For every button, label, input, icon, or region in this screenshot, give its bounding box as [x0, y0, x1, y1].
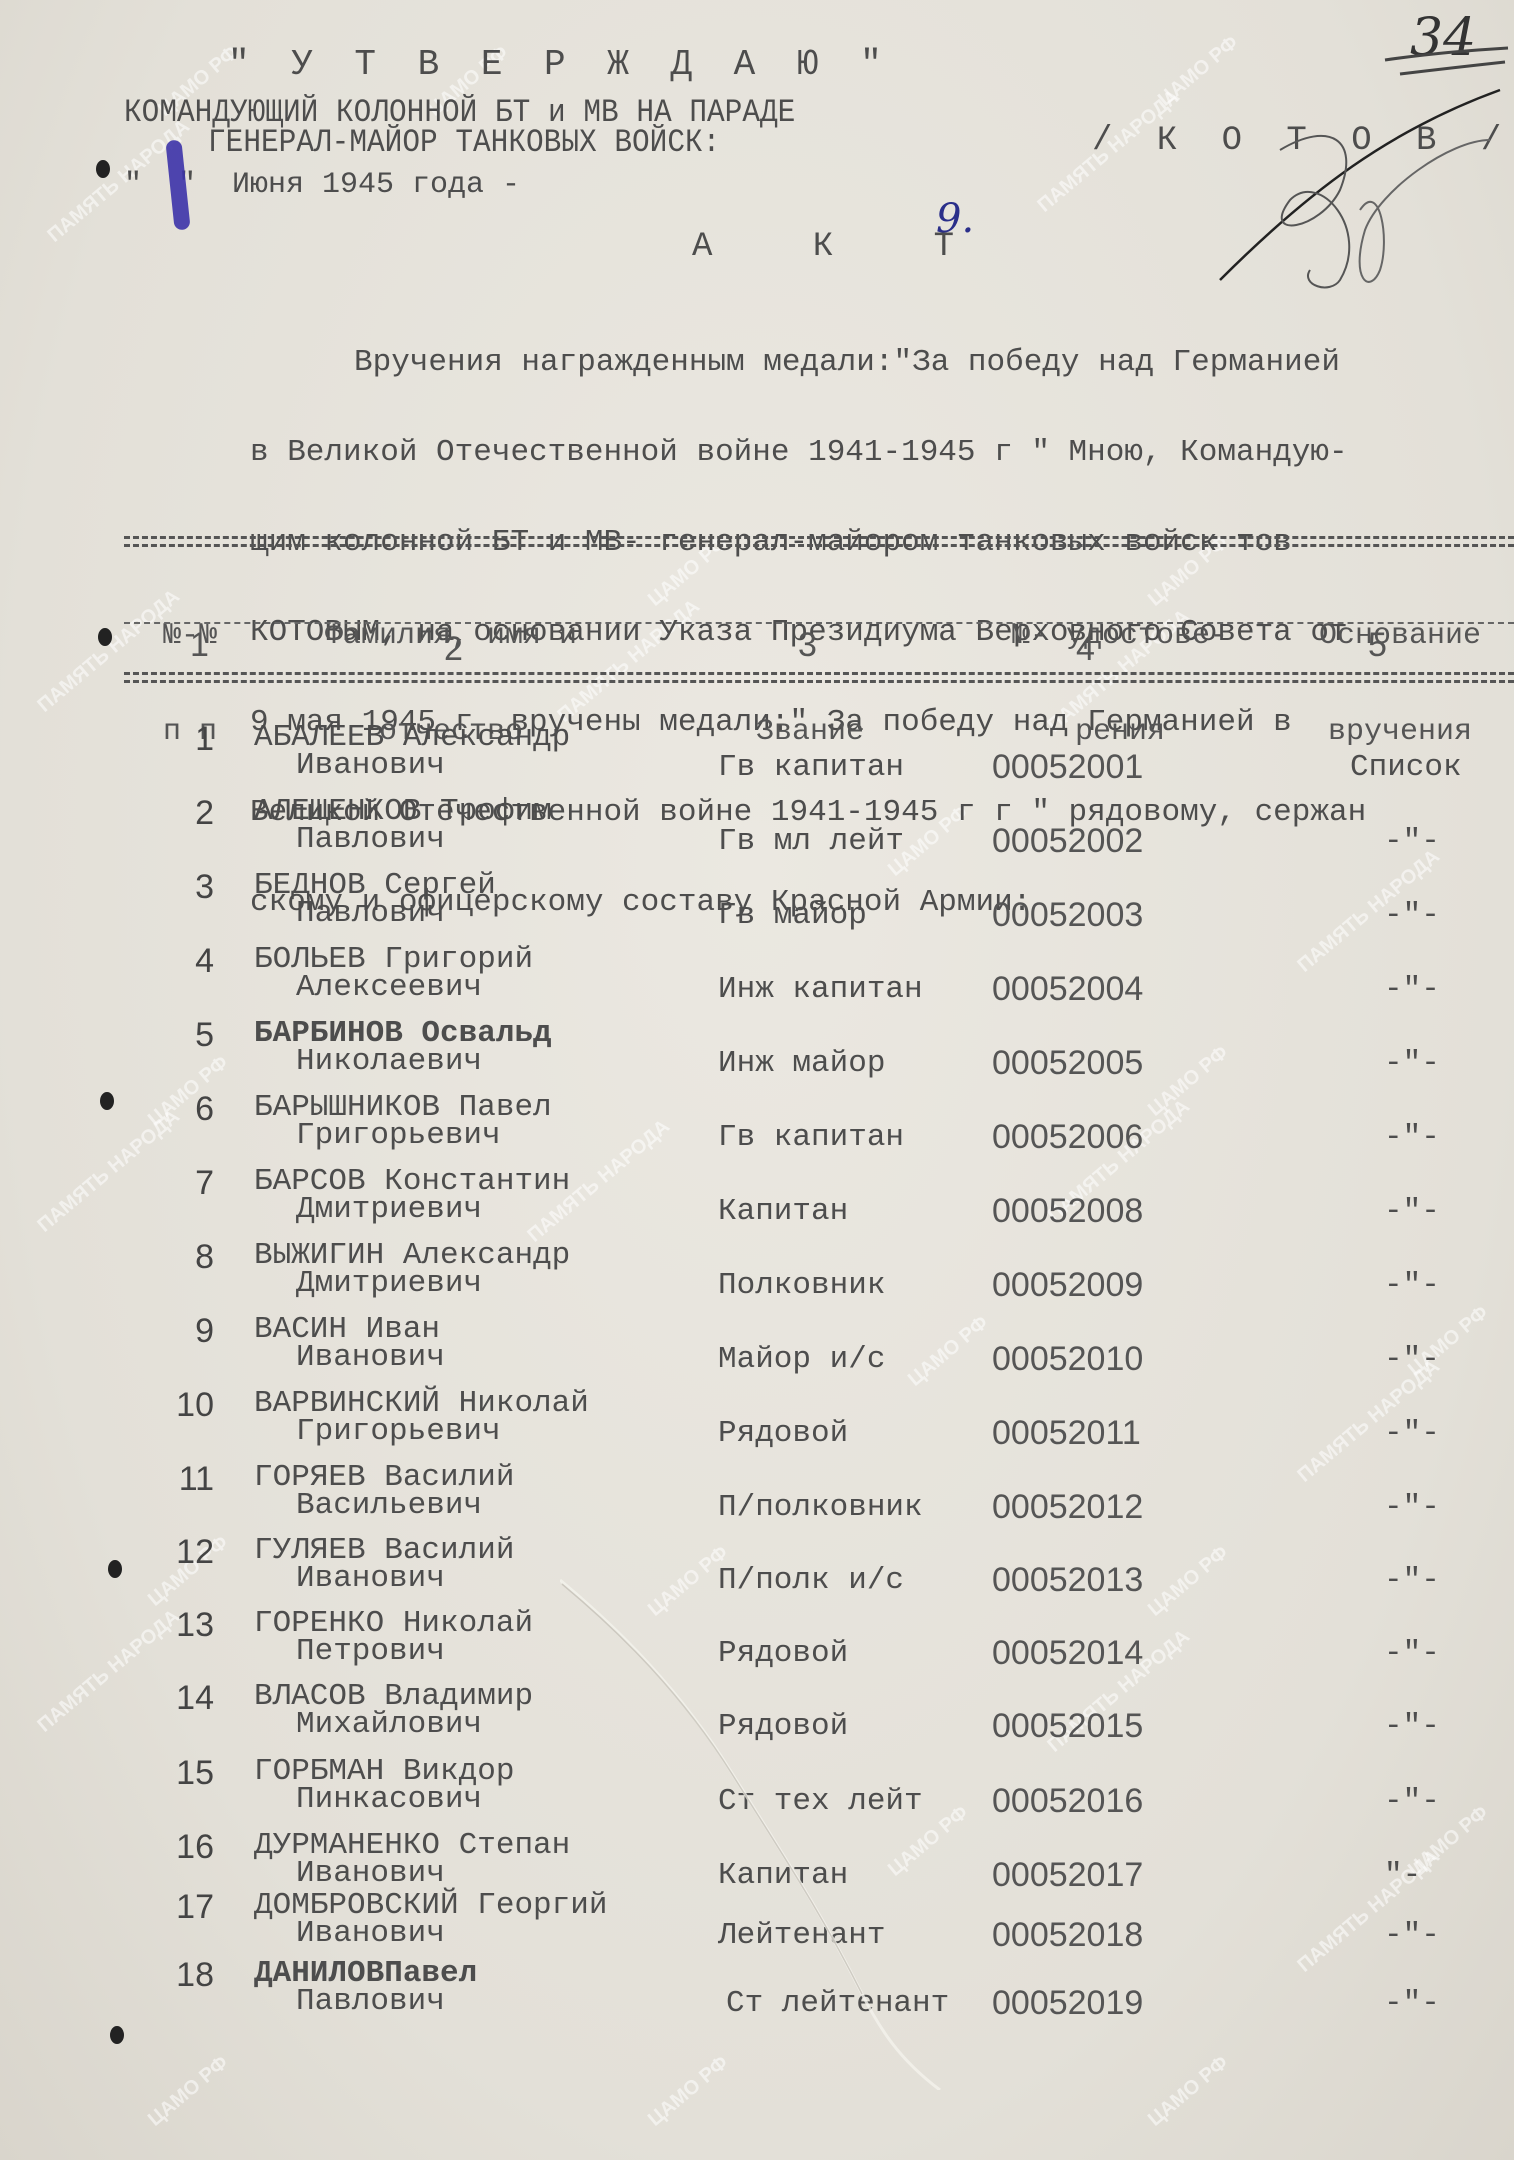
- row-basis: -"-: [1384, 1636, 1440, 1671]
- row-patronymic: Павлович: [296, 1984, 445, 2019]
- table-row: 8 ВЫЖИГИН Александр Дмитриевич Полковник…: [0, 1238, 1514, 1312]
- row-number: 7: [164, 1164, 214, 1203]
- row-patronymic: Пинкасович: [296, 1782, 482, 1817]
- table-row: 6 БАРЫШНИКОВ Павел Григорьевич Гв капита…: [0, 1090, 1514, 1164]
- folio-underline-icon: [1380, 40, 1514, 80]
- row-certificate-number: 00052013: [992, 1561, 1143, 1600]
- row-basis: -"-: [1384, 1918, 1440, 1953]
- table-row: 4 БОЛЬЕВ Григорий Алексеевич Инж капитан…: [0, 942, 1514, 1016]
- row-patronymic: Иванович: [296, 1916, 445, 1951]
- column-number: 2: [444, 630, 463, 669]
- row-number: 17: [164, 1888, 214, 1927]
- row-rank: Гв капитан: [718, 1120, 904, 1155]
- commander-title-line2: ГЕНЕРАЛ-МАЙОР ТАНКОВЫХ ВОЙСК:: [208, 124, 720, 161]
- document-page: ЦАМО РФ ЦАМО РФ ЦАМО РФ ПАМЯТЬ НАРОДА ПА…: [0, 0, 1514, 2160]
- row-certificate-number: 00052014: [992, 1634, 1143, 1673]
- row-number: 3: [164, 868, 214, 907]
- preamble-line: Вручения награжденным медали:"За победу …: [250, 348, 1366, 378]
- table-row: 9 ВАСИН Иван Иванович Майор и/с 00052010…: [0, 1312, 1514, 1386]
- row-patronymic: Иванович: [296, 1561, 445, 1596]
- row-basis: -"-: [1384, 1046, 1440, 1081]
- row-number: 8: [164, 1238, 214, 1277]
- row-certificate-number: 00052012: [992, 1488, 1143, 1527]
- row-basis: -"-: [1384, 898, 1440, 933]
- row-patronymic: Иванович: [296, 1856, 445, 1891]
- row-basis: -"-: [1384, 1416, 1440, 1451]
- row-basis: Список: [1350, 750, 1462, 785]
- row-number: 14: [164, 1679, 214, 1718]
- row-patronymic: Павлович: [296, 822, 445, 857]
- header-line: Основание: [1290, 620, 1510, 652]
- row-rank: Майор и/с: [718, 1342, 885, 1377]
- table-row: 10 ВАРВИНСКИЙ Николай Григорьевич Рядово…: [0, 1386, 1514, 1460]
- row-basis: -"-: [1384, 1342, 1440, 1377]
- paper-crease-icon: [560, 1570, 960, 2090]
- table-row: 11 ГОРЯЕВ Василий Васильевич П/полковник…: [0, 1460, 1514, 1534]
- column-number: 5: [1368, 626, 1387, 665]
- table-row: 3 БЕДНОВ Сергей Павлович Гв майор 000520…: [0, 868, 1514, 942]
- row-certificate-number: 00052001: [992, 748, 1143, 787]
- row-patronymic: Николаевич: [296, 1044, 482, 1079]
- row-certificate-number: 00052010: [992, 1340, 1143, 1379]
- row-rank: Гв мл лейт: [718, 824, 904, 859]
- row-rank: Рядовой: [718, 1416, 848, 1451]
- row-patronymic: Дмитриевич: [296, 1266, 482, 1301]
- row-patronymic: Павлович: [296, 896, 445, 931]
- row-certificate-number: 00052015: [992, 1707, 1143, 1746]
- preamble-line: в Великой Отечественной войне 1941-1945 …: [250, 438, 1366, 468]
- row-basis: -"-: [1384, 1194, 1440, 1229]
- row-certificate-number: 00052019: [992, 1984, 1143, 2023]
- watermark-archive: ЦАМО РФ: [1144, 2052, 1233, 2132]
- row-certificate-number: 00052009: [992, 1266, 1143, 1305]
- pin-hole: [96, 160, 110, 178]
- row-basis: -"-: [1384, 1120, 1440, 1155]
- row-number: 4: [164, 942, 214, 981]
- preamble-line: щим колонной БТ и МВ- генерал-майором та…: [250, 528, 1366, 558]
- row-number: 15: [164, 1754, 214, 1793]
- row-certificate-number: 00052018: [992, 1916, 1143, 1955]
- row-number: 2: [164, 794, 214, 833]
- table-header-bottom-rule: [124, 672, 1514, 675]
- pin-hole: [98, 628, 112, 646]
- row-basis: -"-: [1384, 1709, 1440, 1744]
- column-number: 3: [798, 626, 817, 665]
- column-number: 1: [190, 626, 209, 665]
- row-rank: Капитан: [718, 1194, 848, 1229]
- row-basis: -"-: [1384, 1268, 1440, 1303]
- handwritten-act-number: 9.: [936, 196, 974, 242]
- header-divider: [124, 622, 1514, 624]
- row-certificate-number: 00052004: [992, 970, 1143, 1009]
- row-basis: -"-: [1384, 972, 1440, 1007]
- row-number: 18: [164, 1956, 214, 1995]
- column-number: 4: [1076, 630, 1095, 669]
- row-certificate-number: 00052008: [992, 1192, 1143, 1231]
- row-certificate-number: 00052016: [992, 1782, 1143, 1821]
- row-patronymic: Дмитриевич: [296, 1192, 482, 1227]
- row-rank: Гв капитан: [718, 750, 904, 785]
- row-basis: -"-: [1384, 1986, 1440, 2021]
- row-basis: -"-: [1384, 1490, 1440, 1525]
- row-basis: -"-: [1384, 1784, 1440, 1819]
- watermark-archive: ЦАМО РФ: [144, 2052, 233, 2132]
- row-patronymic: Алексеевич: [296, 970, 482, 1005]
- table-row: 7 БАРСОВ Константин Дмитриевич Капитан 0…: [0, 1164, 1514, 1238]
- row-number: 12: [164, 1533, 214, 1572]
- row-number: 6: [164, 1090, 214, 1129]
- table-row: 5 БАРБИНОВ Освальд Николаевич Инж майор …: [0, 1016, 1514, 1090]
- row-patronymic: Григорьевич: [296, 1118, 501, 1153]
- row-patronymic: Иванович: [296, 748, 445, 783]
- row-number: 10: [164, 1386, 214, 1425]
- row-rank: Полковник: [718, 1268, 885, 1303]
- row-patronymic: Петрович: [296, 1634, 445, 1669]
- row-number: 5: [164, 1016, 214, 1055]
- row-rank: Инж капитан: [718, 972, 923, 1007]
- row-number: 11: [164, 1460, 214, 1499]
- row-number: 1: [164, 720, 214, 759]
- header-line: №- удостове-: [980, 620, 1260, 652]
- row-rank: Гв майор: [718, 898, 867, 933]
- row-basis: -"-: [1384, 1563, 1440, 1598]
- table-row: 2 АЛЕЩЕНКОВ Трофим Павлович Гв мл лейт 0…: [0, 794, 1514, 868]
- row-patronymic: Васильевич: [296, 1488, 482, 1523]
- row-basis: -"-: [1384, 824, 1440, 859]
- row-certificate-number: 00052002: [992, 822, 1143, 861]
- signature-icon: [1190, 80, 1514, 300]
- row-rank: Инж майор: [718, 1046, 885, 1081]
- row-certificate-number: 00052005: [992, 1044, 1143, 1083]
- row-number: 9: [164, 1312, 214, 1351]
- row-number: 13: [164, 1606, 214, 1645]
- row-number: 16: [164, 1828, 214, 1867]
- table-top-rule: [124, 536, 1514, 539]
- row-patronymic: Михайлович: [296, 1707, 482, 1742]
- row-rank: П/полковник: [718, 1490, 923, 1525]
- row-certificate-number: 00052003: [992, 896, 1143, 935]
- row-certificate-number: 00052006: [992, 1118, 1143, 1157]
- row-certificate-number: 00052011: [992, 1414, 1141, 1453]
- row-patronymic: Григорьевич: [296, 1414, 501, 1449]
- table-row: 1 АБАЛЕЕВ Александр Иванович Гв капитан …: [0, 720, 1514, 794]
- row-patronymic: Иванович: [296, 1340, 445, 1375]
- approval-heading: " У Т В Е Р Ж Д А Ю ": [228, 44, 892, 85]
